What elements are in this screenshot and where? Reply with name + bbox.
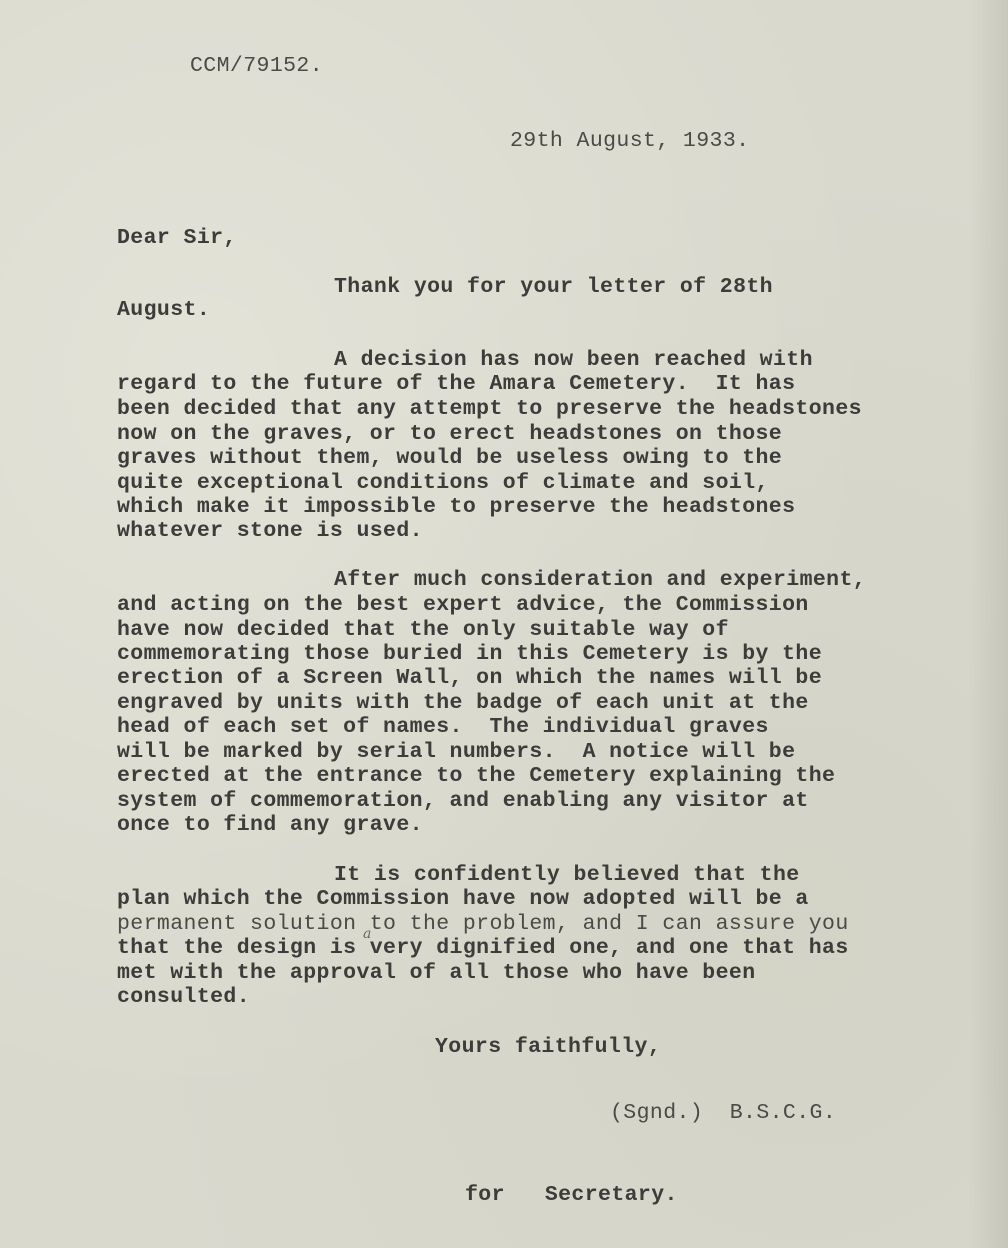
- paragraph-2-line-7: which make it impossible to preserve the…: [117, 495, 795, 519]
- paragraph-1-line-2: August.: [117, 298, 210, 322]
- paper-edge-shadow: [968, 0, 1008, 1248]
- letter-date: 29th August, 1933.: [510, 129, 749, 153]
- paragraph-3-line-4: commemorating those buried in this Cemet…: [117, 642, 822, 666]
- paragraph-2-line-2: regard to the future of the Amara Cemete…: [117, 372, 795, 396]
- signature: (Sgnd.) B.S.C.G.: [610, 1101, 836, 1125]
- paragraph-2-line-4: now on the graves, or to erect headstone…: [117, 422, 782, 446]
- signatory-title: for Secretary.: [465, 1183, 678, 1207]
- paragraph-1-line-1: Thank you for your letter of 28th: [334, 275, 773, 299]
- reference-number: CCM/79152.: [190, 54, 323, 78]
- paragraph-3-line-8: will be marked by serial numbers. A noti…: [117, 740, 795, 764]
- paragraph-2-line-1: A decision has now been reached with: [334, 348, 813, 372]
- paragraph-2-line-6: quite exceptional conditions of climate …: [117, 471, 769, 495]
- paragraph-3-line-2: and acting on the best expert advice, th…: [117, 593, 809, 617]
- paragraph-3-line-5: erection of a Screen Wall, on which the …: [117, 666, 822, 690]
- paragraph-2-line-3: been decided that any attempt to preserv…: [117, 397, 862, 421]
- paragraph-4-line-4: that the design is very dignified one, a…: [117, 936, 849, 960]
- paragraph-4-line-3: permanent solution to the problem, and I…: [117, 912, 849, 936]
- paragraph-2-line-5: graves without them, would be useless ow…: [117, 446, 782, 470]
- paragraph-4-line-1: It is confidently believed that the: [334, 863, 800, 887]
- paragraph-3-line-1: After much consideration and experiment,: [334, 568, 866, 592]
- letter-page: CCM/79152. 29th August, 1933. Dear Sir, …: [0, 0, 1008, 1248]
- paragraph-3-line-9: erected at the entrance to the Cemetery …: [117, 764, 835, 788]
- paragraph-4-line-2: plan which the Commission have now adopt…: [117, 887, 809, 911]
- paragraph-3-line-11: once to find any grave.: [117, 813, 423, 837]
- paragraph-4-line-6: consulted.: [117, 985, 250, 1009]
- paragraph-3-line-10: system of commemoration, and enabling an…: [117, 789, 809, 813]
- handwritten-insertion-mark: a: [363, 926, 371, 942]
- paragraph-3-line-3: have now decided that the only suitable …: [117, 618, 729, 642]
- paragraph-2-line-8: whatever stone is used.: [117, 519, 423, 543]
- paragraph-3-line-7: head of each set of names. The individua…: [117, 715, 769, 739]
- salutation: Dear Sir,: [117, 226, 237, 250]
- paragraph-3-line-6: engraved by units with the badge of each…: [117, 691, 809, 715]
- closing: Yours faithfully,: [435, 1035, 661, 1059]
- paragraph-4-line-5: met with the approval of all those who h…: [117, 961, 756, 985]
